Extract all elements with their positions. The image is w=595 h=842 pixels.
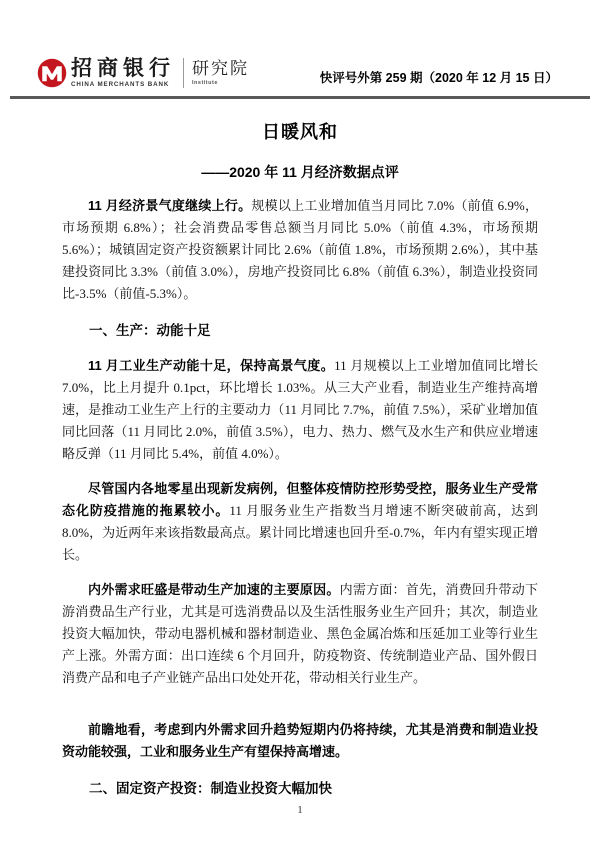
paragraph-lead: 二、固定资产投资：制造业投资大幅加快 [89, 781, 332, 796]
paragraph: 11 月经济景气度继续上行。规模以上工业增加值当月同比 7.0%（前值 6.9%… [62, 195, 538, 305]
report-body: 11 月经济景气度继续上行。规模以上工业增加值当月同比 7.0%（前值 6.9%… [62, 195, 538, 800]
paragraph-lead: 11 月工业生产动能十足，保持高景气度。 [88, 358, 334, 373]
paragraph: 尽管国内各地零星出现新发病例，但整体疫情防控形势受控，服务业生产受常态化防疫措施… [62, 478, 538, 566]
page-footer: 1 [62, 804, 538, 816]
bank-name-en: CHINA MERCHANTS BANK [71, 81, 169, 88]
institute-subtitle: Institute [192, 80, 249, 86]
paragraph: 前瞻地看，考虑到内外需求回升趋势短期内仍将持续，尤其是消费和制造业投资动能较强，… [62, 719, 538, 763]
section-heading: 一、生产：动能十足 [62, 320, 538, 342]
report-title: 日暖风和 [62, 118, 538, 144]
paragraph-lead: 11 月经济景气度继续上行。 [88, 198, 251, 213]
bank-name-cn: 招商银行 [71, 56, 175, 80]
document-page: 招商银行 CHINA MERCHANTS BANK 研究院 Institute … [0, 0, 595, 842]
report-subtitle: ——2020 年 11 月经济数据点评 [62, 162, 538, 182]
paragraph: 11 月工业生产动能十足，保持高景气度。11 月规模以上工业增加值同比增长 7.… [62, 355, 538, 465]
page-number: 1 [297, 804, 303, 816]
bank-logo: 招商银行 CHINA MERCHANTS BANK 研究院 Institute [37, 56, 249, 88]
paragraph-lead: 内外需求旺盛是带动生产加速的主要原因。 [88, 582, 340, 597]
header-rule [10, 96, 590, 99]
paragraph-lead: 前瞻地看，考虑到内外需求回升趋势短期内仍将持续，尤其是消费和制造业投资动能较强，… [62, 722, 538, 759]
paragraph: 内外需求旺盛是带动生产加速的主要原因。内需方面：首先，消费回升带动下游消费品生产… [62, 579, 538, 689]
section-heading: 二、固定资产投资：制造业投资大幅加快 [62, 778, 538, 800]
institute-name: 研究院 [192, 59, 249, 79]
report-header: 招商银行 CHINA MERCHANTS BANK 研究院 Institute … [37, 56, 558, 94]
logo-divider [183, 58, 184, 88]
cmb-logo-icon [37, 56, 67, 88]
brand-text: 招商银行 CHINA MERCHANTS BANK 研究院 Institute [71, 56, 249, 88]
issue-info: 快评号外第 259 期（2020 年 12 月 15 日） [320, 68, 558, 86]
paragraph-lead: 一、生产：动能十足 [89, 323, 211, 338]
